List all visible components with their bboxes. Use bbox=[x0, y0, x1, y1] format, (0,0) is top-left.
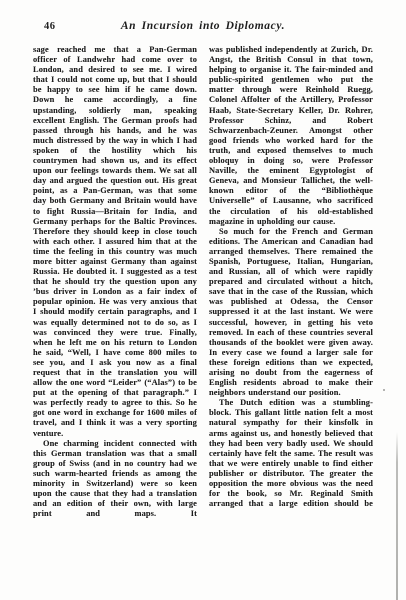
scan-artifact-line bbox=[396, 432, 398, 600]
body-paragraph: sage reached me that a Pan-German office… bbox=[33, 45, 197, 439]
scan-artifact-speck bbox=[383, 389, 385, 391]
body-paragraph: So much for the French and German editio… bbox=[209, 227, 373, 399]
book-page: 46 An Incursion into Diplomacy. sage rea… bbox=[0, 0, 406, 600]
body-paragraph: The Dutch edition was a stumbling-block.… bbox=[209, 398, 373, 509]
running-header: An Incursion into Diplomacy. bbox=[0, 20, 406, 32]
left-column: sage reached me that a Pan-German office… bbox=[33, 45, 197, 519]
body-paragraph: One charming incident connected with thi… bbox=[33, 439, 197, 520]
body-paragraph: was published independently at Zurich, D… bbox=[209, 45, 373, 227]
right-column: was published independently at Zurich, D… bbox=[209, 45, 373, 509]
